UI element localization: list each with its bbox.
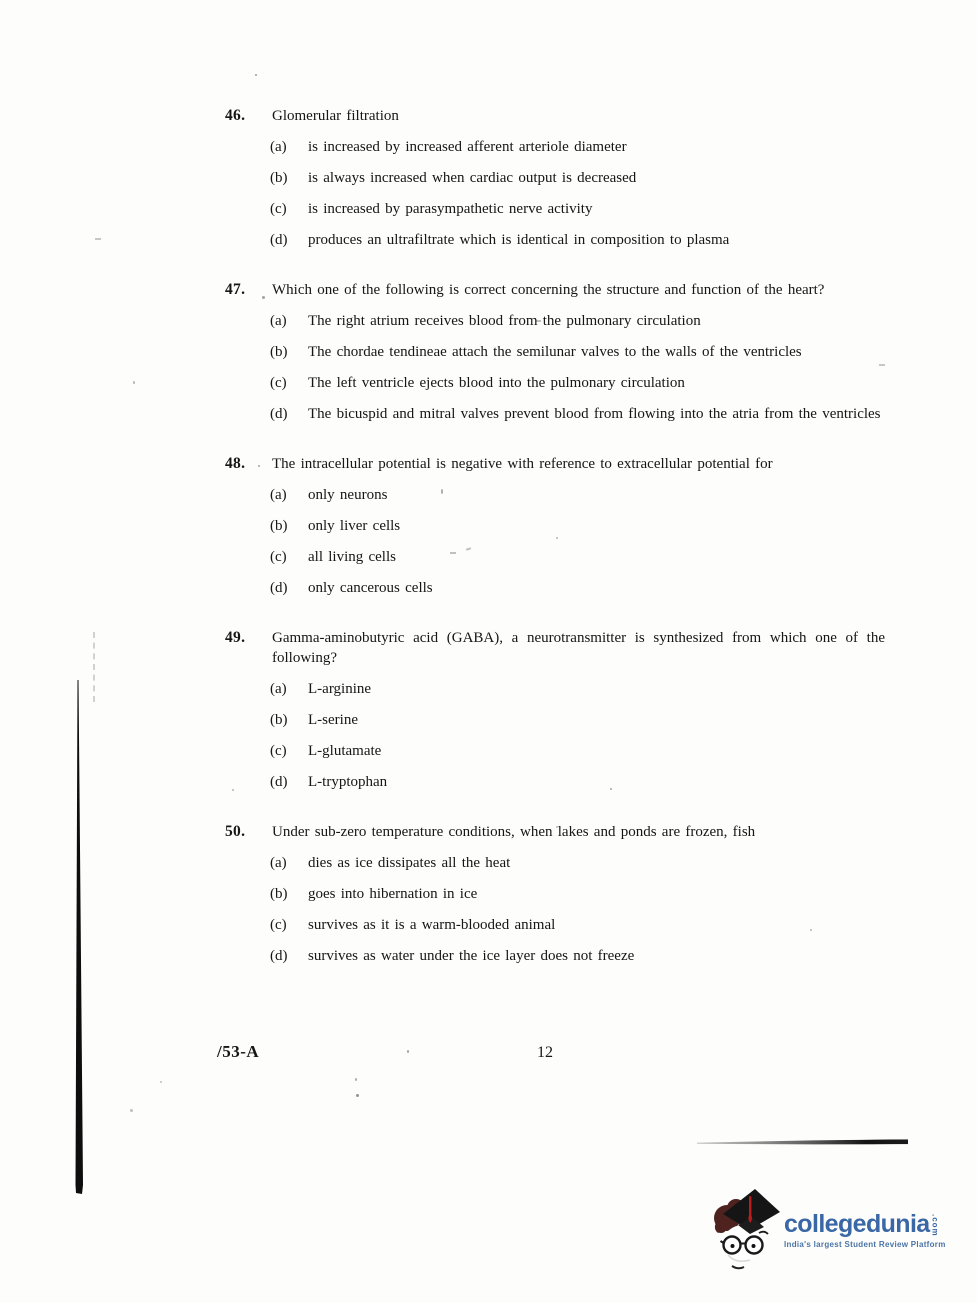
- option-row: (c) The left ventricle ejects blood into…: [270, 373, 885, 393]
- option-label: (d): [270, 404, 308, 424]
- option-text: dies as ice dissipates all the heat: [308, 853, 885, 873]
- question-number: 47.: [225, 280, 272, 424]
- graduate-student-mascot-icon: [712, 1187, 780, 1275]
- collegedunia-tagline: India's largest Student Review Platform: [784, 1240, 946, 1249]
- scan-artifact-vertical-line: [74, 680, 84, 1195]
- collegedunia-wordmark: collegedunia: [784, 1211, 930, 1237]
- option-text: survives as it is a warm-blooded animal: [308, 915, 885, 935]
- option-text: The chordae tendineae attach the semilun…: [308, 342, 885, 362]
- option-label: (a): [270, 485, 308, 505]
- option-text: only neurons: [308, 485, 885, 505]
- option-text: only cancerous cells: [308, 578, 885, 598]
- question-number: 48.: [225, 454, 272, 598]
- question-text: Gamma-aminobutyric acid (GABA), a neurot…: [272, 628, 885, 668]
- option-row: (d) L-tryptophan: [270, 772, 885, 792]
- option-label: (c): [270, 373, 308, 393]
- question-text: Glomerular filtration: [272, 106, 885, 126]
- scan-artifact-dashed-mark: [93, 632, 95, 702]
- question-text: The intracellular potential is negative …: [272, 454, 885, 474]
- scan-speck: [130, 1109, 133, 1112]
- option-label: (b): [270, 516, 308, 536]
- question-number: 49.: [225, 628, 272, 792]
- option-text: is always increased when cardiac output …: [308, 168, 885, 188]
- option-text: produces an ultrafiltrate which is ident…: [308, 230, 885, 250]
- scan-speck: [95, 238, 101, 240]
- option-text: all living cells: [308, 547, 885, 567]
- option-row: (c) survives as it is a warm-blooded ani…: [270, 915, 885, 935]
- option-text: The left ventricle ejects blood into the…: [308, 373, 885, 393]
- option-label: (a): [270, 679, 308, 699]
- option-row: (a) only neurons: [270, 485, 885, 505]
- option-row: (b) is always increased when cardiac out…: [270, 168, 885, 188]
- scan-speck: [160, 1081, 162, 1083]
- option-label: (a): [270, 853, 308, 873]
- option-label: (c): [270, 547, 308, 567]
- option-label: (c): [270, 199, 308, 219]
- mascot-eyebrow: [759, 1232, 768, 1234]
- question-list: 46. Glomerular filtration (a) is increas…: [225, 0, 885, 996]
- scan-artifact-horizontal-line: [697, 1139, 908, 1145]
- scanned-exam-page: 46. Glomerular filtration (a) is increas…: [0, 0, 977, 1303]
- option-label: (b): [270, 710, 308, 730]
- option-text: L-arginine: [308, 679, 885, 699]
- scan-speck: [355, 1078, 357, 1081]
- question-text: Under sub-zero temperature conditions, w…: [272, 822, 885, 842]
- question-block-48: 48. The intracellular potential is negat…: [225, 454, 885, 598]
- option-label: (a): [270, 311, 308, 331]
- option-row: (a) The right atrium receives blood from…: [270, 311, 885, 331]
- option-text: goes into hibernation in ice: [308, 884, 885, 904]
- question-block-46: 46. Glomerular filtration (a) is increas…: [225, 106, 885, 250]
- option-label: (b): [270, 168, 308, 188]
- option-row: (b) L-serine: [270, 710, 885, 730]
- option-row: (d) only cancerous cells: [270, 578, 885, 598]
- question-text: Which one of the following is correct co…: [272, 280, 885, 300]
- collegedunia-domain-suffix: .com: [931, 1214, 940, 1237]
- footer-paper-code: /53-A: [217, 1042, 259, 1062]
- option-row: (a) is increased by increased afferent a…: [270, 137, 885, 157]
- question-block-50: 50. Under sub-zero temperature condition…: [225, 822, 885, 966]
- page-number: 12: [537, 1044, 553, 1062]
- option-row: (c) all living cells: [270, 547, 885, 567]
- option-label: (d): [270, 772, 308, 792]
- option-row: (d) The bicuspid and mitral valves preve…: [270, 404, 885, 424]
- option-text: is increased by increased afferent arter…: [308, 137, 885, 157]
- option-row: (d) produces an ultrafiltrate which is i…: [270, 230, 885, 250]
- scan-speck: [133, 381, 135, 384]
- question-block-47: 47. Which one of the following is correc…: [225, 280, 885, 424]
- option-text: The right atrium receives blood from the…: [308, 311, 885, 331]
- option-row: (a) dies as ice dissipates all the heat: [270, 853, 885, 873]
- option-text: L-glutamate: [308, 741, 885, 761]
- option-text: L-serine: [308, 710, 885, 730]
- scan-speck: [356, 1094, 359, 1097]
- option-row: (d) survives as water under the ice laye…: [270, 946, 885, 966]
- option-label: (d): [270, 578, 308, 598]
- option-label: (a): [270, 137, 308, 157]
- option-row: (c) is increased by parasympathetic nerv…: [270, 199, 885, 219]
- mascot-mouth: [732, 1266, 744, 1268]
- option-label: (c): [270, 915, 308, 935]
- option-label: (d): [270, 230, 308, 250]
- option-row: (b) only liver cells: [270, 516, 885, 536]
- option-text: survives as water under the ice layer do…: [308, 946, 885, 966]
- option-label: (b): [270, 884, 308, 904]
- option-label: (c): [270, 741, 308, 761]
- scan-speck: [407, 1050, 409, 1053]
- option-label: (d): [270, 946, 308, 966]
- option-label: (b): [270, 342, 308, 362]
- option-row: (b) The chordae tendineae attach the sem…: [270, 342, 885, 362]
- option-row: (c) L-glutamate: [270, 741, 885, 761]
- option-text: L-tryptophan: [308, 772, 885, 792]
- question-number: 50.: [225, 822, 272, 966]
- option-row: (b) goes into hibernation in ice: [270, 884, 885, 904]
- option-text: only liver cells: [308, 516, 885, 536]
- question-block-49: 49. Gamma-aminobutyric acid (GABA), a ne…: [225, 628, 885, 792]
- option-text: The bicuspid and mitral valves prevent b…: [308, 404, 885, 424]
- option-text: is increased by parasympathetic nerve ac…: [308, 199, 885, 219]
- collegedunia-logo: collegedunia .com India's largest Studen…: [712, 1187, 946, 1275]
- question-number: 46.: [225, 106, 272, 250]
- option-row: (a) L-arginine: [270, 679, 885, 699]
